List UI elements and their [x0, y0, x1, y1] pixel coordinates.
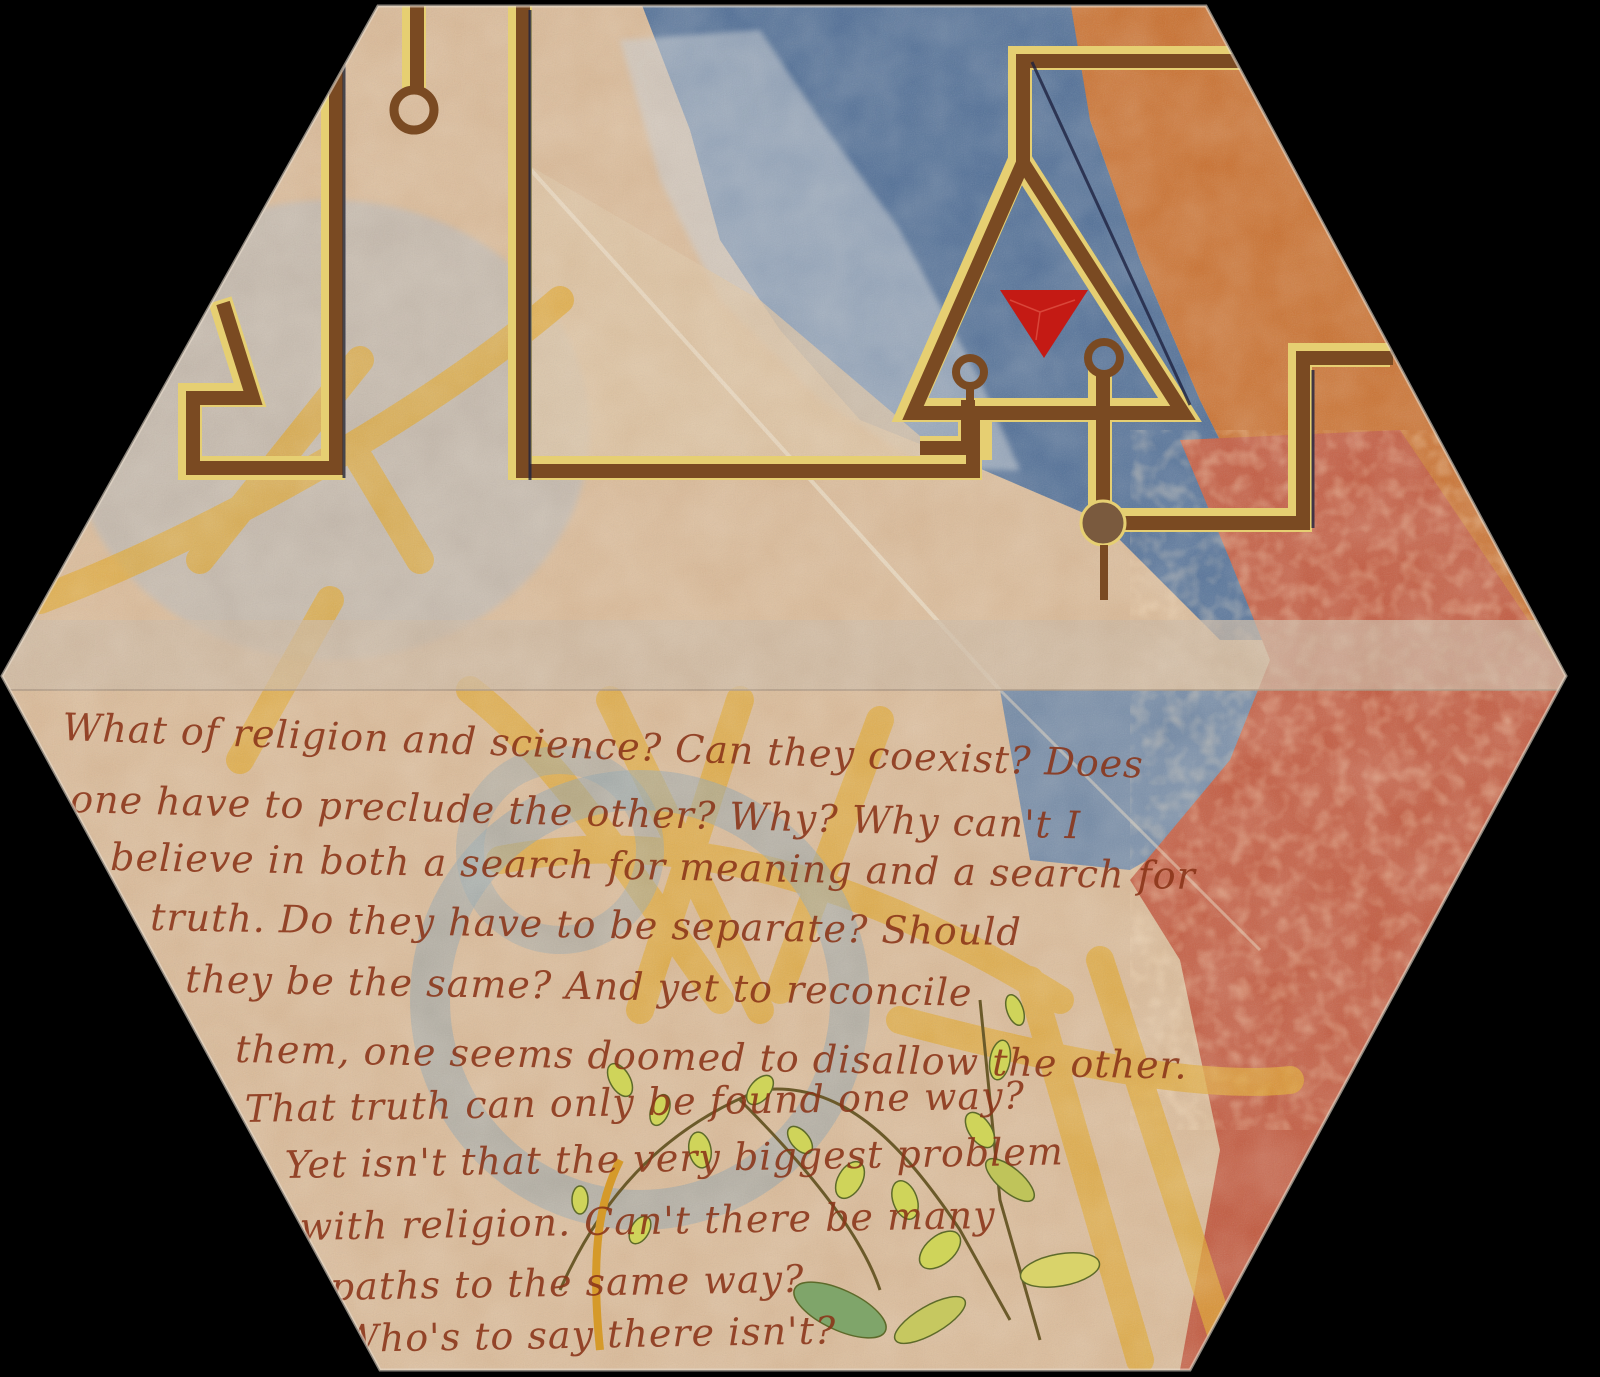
handwriting-line: Who's to say there isn't?: [339, 1308, 836, 1361]
handwriting-line: paths to the same way?: [329, 1257, 804, 1309]
artwork-surface: What of religion and science? Can they c…: [0, 0, 1600, 1377]
hexagon-artwork: What of religion and science? Can they c…: [0, 0, 1600, 1377]
filled-node: [1081, 501, 1125, 545]
